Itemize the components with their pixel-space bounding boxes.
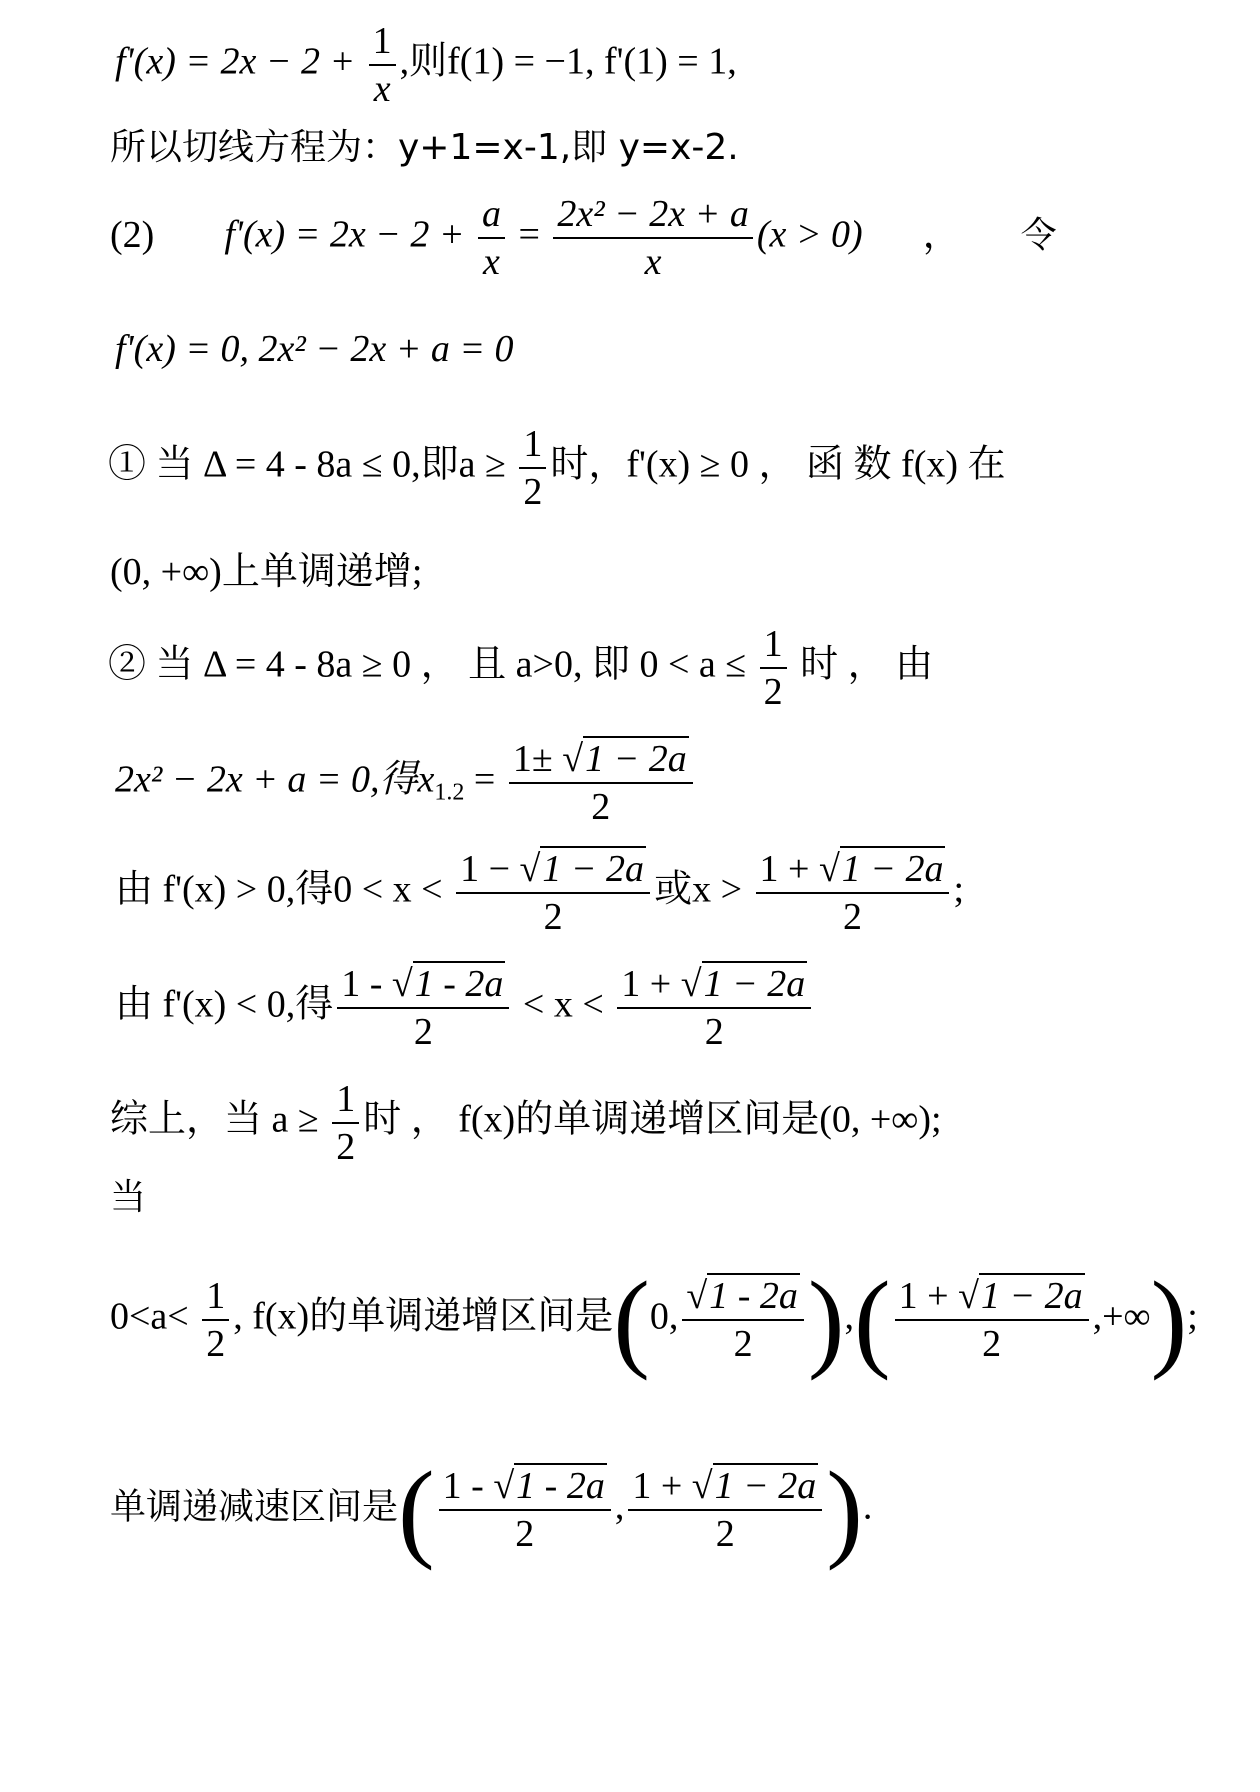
case2-you: 时 ， 由: [791, 644, 934, 686]
fraction: ax: [478, 195, 505, 281]
derivative-values: ,则f(1) = −1, f'(1) = 1,: [400, 41, 737, 83]
right-paren: ): [808, 1259, 845, 1381]
numerator: 1: [760, 625, 787, 669]
fraction: 1 + √1 − 2a2: [628, 1467, 822, 1553]
separator: ,: [845, 1296, 855, 1338]
line-case1: ① 当 Δ = 4 - 8a ≤ 0,即a ≥ 12时，f'(x) ≥ 0 ， …: [108, 425, 1006, 511]
left-paren: (: [613, 1259, 650, 1381]
fraction: 12: [760, 625, 787, 711]
numerator-prefix: 1 +: [621, 963, 680, 1005]
numerator-prefix: 1 +: [632, 1465, 691, 1507]
numerator-prefix: 1 +: [760, 848, 819, 890]
numerator: 1: [369, 22, 396, 66]
subscript: 1.2: [434, 780, 464, 806]
line-dang: 当: [110, 1180, 146, 1216]
fraction: 1 + √1 − 2a2: [756, 850, 950, 936]
line-part2: (2)f'(x) = 2x − 2 + ax = 2x² − 2x + ax(x…: [110, 195, 1057, 281]
fraction: 1 + √1 − 2a2: [617, 965, 811, 1051]
line-increasing: 由 f'(x) > 0,得0 < x < 1 − √1 − 2a2或x > 1 …: [115, 850, 964, 936]
semicolon: ;: [1187, 1296, 1198, 1338]
denominator: x: [641, 239, 666, 281]
numerator-prefix: 1 −: [460, 848, 519, 890]
interval-end: ,+∞: [1093, 1296, 1151, 1338]
numerator: 1: [332, 1080, 359, 1124]
denominator: 2: [730, 1321, 757, 1363]
numerator-prefix: 1±: [513, 738, 562, 780]
numerator: 1: [202, 1277, 229, 1321]
line-case1-cont: (0, +∞)上单调递增;: [110, 553, 422, 591]
fraction: √1 - 2a2: [682, 1277, 804, 1363]
denominator: x: [479, 239, 504, 281]
fraction: 1 − √1 − 2a2: [456, 850, 650, 936]
denominator: 2: [839, 894, 866, 936]
decreasing-label: 单调递减速区间是: [110, 1487, 398, 1528]
dang-char: 当: [110, 1177, 146, 1218]
left-paren: (: [398, 1449, 435, 1571]
denominator: 2: [978, 1321, 1005, 1363]
fraction: 1 - √1 - 2a2: [439, 1467, 611, 1553]
numerator-prefix: 1 -: [443, 1465, 494, 1507]
radicand: 1 − 2a: [979, 1273, 1085, 1317]
fraction: 1± √1 − 2a2: [509, 740, 693, 826]
sqrt: √1 - 2a: [493, 1467, 607, 1505]
sqrt: √1 − 2a: [520, 850, 647, 888]
derivative-expr: f'(x) = 2x − 2 +: [224, 214, 474, 256]
decreasing-condition: 由 f'(x) < 0,得: [115, 984, 333, 1026]
case1-interval: (0, +∞)上单调递增;: [110, 551, 422, 593]
equals: =: [509, 214, 549, 256]
case1-condition: ① 当 Δ = 4 - 8a ≤ 0,即a ≥: [108, 444, 515, 486]
denominator: 2: [701, 1009, 728, 1051]
sqrt: √1 − 2a: [819, 850, 946, 888]
line-derivative: f'(x) = 2x − 2 + 1x,则f(1) = −1, f'(1) = …: [115, 22, 737, 108]
fraction: 2x² − 2x + ax: [553, 195, 752, 281]
numerator: a: [478, 195, 505, 239]
semicolon: ;: [953, 869, 964, 911]
inequality: < x <: [513, 984, 613, 1026]
denominator: 2: [519, 469, 546, 511]
radicand: 1 - 2a: [413, 961, 506, 1005]
or-text: 或x >: [654, 869, 751, 911]
comma: ，: [923, 214, 961, 256]
numerator: 2x² − 2x + a: [553, 195, 752, 239]
left-paren: (: [854, 1259, 891, 1381]
sqrt: √1 − 2a: [681, 965, 808, 1003]
part-label: (2): [110, 214, 154, 256]
line-decreasing-summary: 单调递减速区间是(1 - √1 - 2a2,1 + √1 − 2a2).: [110, 1455, 872, 1565]
right-paren: ): [826, 1449, 863, 1571]
fraction: 12: [332, 1080, 359, 1166]
line-tangent: 所以切线方程为：y+1=x-1,即 y=x-2.: [110, 130, 739, 166]
radicand: 1 - 2a: [514, 1463, 607, 1507]
fraction: 12: [519, 425, 546, 511]
increasing-condition: 由 f'(x) > 0,得0 < x <: [115, 869, 452, 911]
fraction: 1x: [369, 22, 396, 108]
ling-char: 令: [1021, 215, 1057, 256]
increasing-label: , f(x)的单调递增区间是: [233, 1296, 613, 1338]
equals: =: [464, 759, 504, 801]
line-summary: 综上，当 a ≥ 12时 ， f(x)的单调递增区间是(0, +∞);: [110, 1080, 942, 1166]
zero-derivative-eq: f'(x) = 0, 2x² − 2x + a = 0: [115, 328, 514, 370]
radicand: 1 − 2a: [713, 1463, 819, 1507]
denominator: 2: [587, 784, 614, 826]
line-zero-derivative: f'(x) = 0, 2x² − 2x + a = 0: [115, 330, 514, 368]
denominator: 2: [511, 1511, 538, 1553]
radicand: 1 - 2a: [707, 1273, 800, 1317]
denominator: 2: [410, 1009, 437, 1051]
denominator: 2: [332, 1124, 359, 1166]
numerator-prefix: 1 -: [341, 963, 392, 1005]
sqrt: √1 − 2a: [692, 1467, 819, 1505]
denominator: x: [370, 66, 395, 108]
case1-result: 时，f'(x) ≥ 0 ， 函 数 f(x) 在: [550, 444, 1005, 486]
sqrt: √1 − 2a: [562, 740, 689, 778]
radicand: 1 − 2a: [540, 846, 646, 890]
radicand: 1 − 2a: [840, 846, 946, 890]
fraction: 1 + √1 − 2a2: [895, 1277, 1089, 1363]
case2-range: 0<a<: [110, 1296, 198, 1338]
fraction: 1 - √1 - 2a2: [337, 965, 509, 1051]
derivative-expr: f'(x) = 2x − 2 +: [115, 41, 365, 83]
domain: (x > 0): [757, 214, 863, 256]
line-case2-summary: 0<a< 12, f(x)的单调递增区间是(0,√1 - 2a2),(1 + √…: [110, 1265, 1198, 1375]
tangent-equation: 所以切线方程为：y+1=x-1,即 y=x-2.: [110, 127, 739, 168]
denominator: 2: [712, 1511, 739, 1553]
summary-result: 时 ， f(x)的单调递增区间是(0, +∞);: [363, 1099, 941, 1141]
numerator-prefix: 1 +: [899, 1275, 958, 1317]
period: .: [863, 1486, 873, 1528]
fraction: 12: [202, 1277, 229, 1363]
denominator: 2: [540, 894, 567, 936]
case2-condition: ② 当 Δ = 4 - 8a ≥ 0 ， 且 a>0, 即 0 < a ≤: [108, 644, 756, 686]
numerator: 1: [519, 425, 546, 469]
line-case2: ② 当 Δ = 4 - 8a ≥ 0 ， 且 a>0, 即 0 < a ≤ 12…: [108, 625, 933, 711]
line-decreasing: 由 f'(x) < 0,得1 - √1 - 2a2 < x < 1 + √1 −…: [115, 965, 815, 1051]
right-paren: ): [1151, 1259, 1188, 1381]
line-roots: 2x² − 2x + a = 0,得x1.2 = 1± √1 − 2a2: [115, 740, 697, 826]
denominator: 2: [760, 669, 787, 711]
radicand: 1 − 2a: [702, 961, 808, 1005]
sqrt: √1 - 2a: [392, 965, 506, 1003]
denominator: 2: [202, 1321, 229, 1363]
summary-condition: 综上，当 a ≥: [110, 1099, 328, 1141]
separator: ,: [615, 1486, 625, 1528]
interval-start: 0,: [650, 1296, 679, 1338]
sqrt: √1 - 2a: [686, 1277, 800, 1315]
roots-expr: 2x² − 2x + a = 0,得x: [115, 759, 434, 801]
radicand: 1 − 2a: [583, 736, 689, 780]
sqrt: √1 − 2a: [958, 1277, 1085, 1315]
